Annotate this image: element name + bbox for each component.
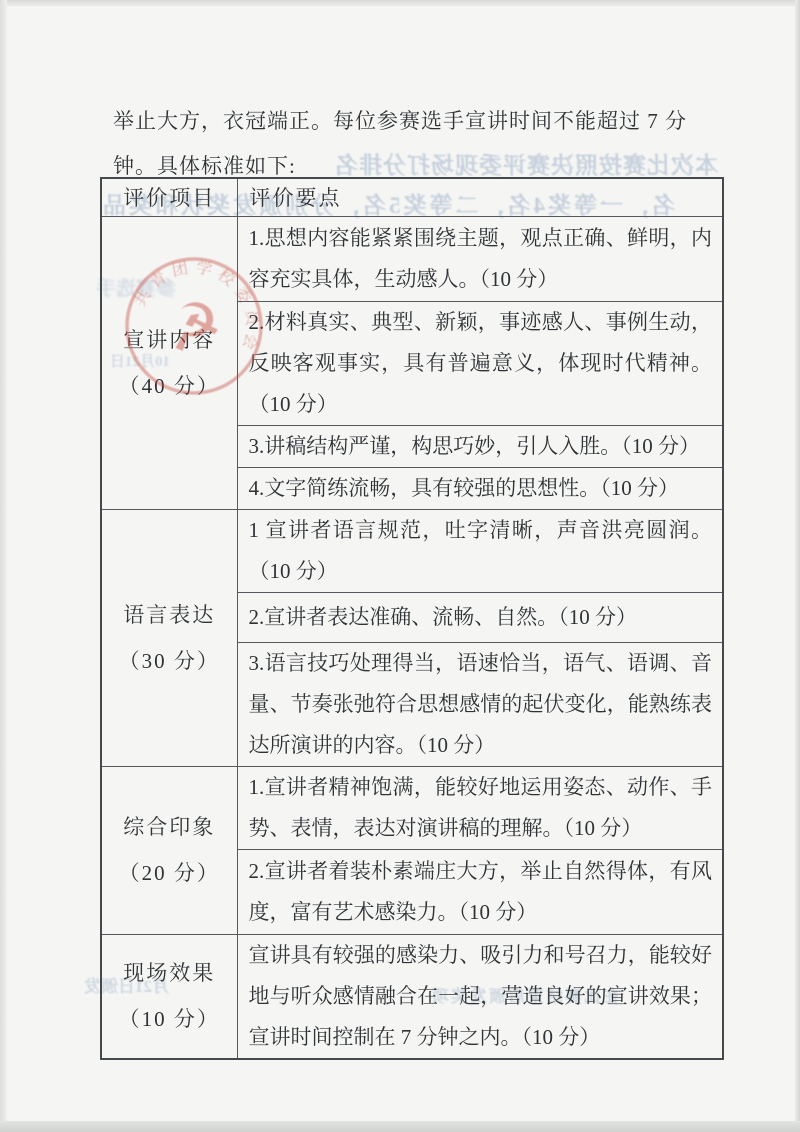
scan-edge-right [795,0,800,1132]
column-header-item: 评价项目 [101,178,237,216]
intro-line-1: 举止大方，衣冠端正。每位参赛选手宣讲时间不能超过 7 分 [113,99,713,144]
scan-edge-bottom [0,1121,800,1132]
item-score: （40 分） [102,363,237,409]
evaluation-criteria-table: 评价项目 评价要点 宣讲内容 （40 分） 1.思想内容能紧紧围绕主题，观点正确… [100,177,724,1060]
item-score: （10 分） [102,996,237,1042]
item-cell-impression: 综合印象 （20 分） [101,766,237,934]
point-cell: 2.宣讲者表达准确、流畅、自然。（10 分） [237,592,723,642]
table-row: 综合印象 （20 分） 1.宣讲者精神饱满，能较好地运用姿态、动作、手势、表情，… [101,766,723,849]
item-label: 综合印象 [102,804,237,850]
point-cell: 2.材料真实、典型、新颖，事迹感人、事例生动，反映客观事实，具有普遍意义，体现时… [237,301,723,425]
point-cell: 4.文字简练流畅，具有较强的思想性。（10 分） [237,467,723,509]
point-cell: 1.思想内容能紧紧围绕主题，观点正确、鲜明，内容充实具体，生动感人。（10 分） [237,216,723,301]
table-header-row: 评价项目 评价要点 [101,178,723,216]
item-label: 宣讲内容 [102,317,237,363]
scan-edge-left [0,0,7,1132]
item-score: （30 分） [102,638,237,684]
scanned-document-page: 本次比赛按照决赛评委现场打分排名 名，一等奖4名，二等奖5名，分别颁发奖状和奖品… [0,0,800,1132]
item-score: （20 分） [102,850,237,896]
point-cell: 1.宣讲者精神饱满，能较好地运用姿态、动作、手势、表情，表达对演讲稿的理解。（1… [237,766,723,849]
point-cell: 3.讲稿结构严谨，构思巧妙，引人入胜。（10 分） [237,425,723,467]
item-label: 现场效果 [102,950,237,996]
scan-edge-top [0,0,800,6]
table-row: 宣讲内容 （40 分） 1.思想内容能紧紧围绕主题，观点正确、鲜明，内容充实具体… [101,216,723,301]
item-cell-language: 语言表达 （30 分） [101,509,237,766]
item-cell-content: 宣讲内容 （40 分） [101,216,237,509]
intro-paragraph: 举止大方，衣冠端正。每位参赛选手宣讲时间不能超过 7 分 钟。具体标准如下: [113,99,713,189]
point-cell: 宣讲具有较强的感染力、吸引力和号召力，能较好地与听众感情融合在一起，营造良好的宣… [237,934,723,1059]
item-label: 语言表达 [102,592,237,638]
point-cell: 1 宣讲者语言规范，吐字清晰，声音洪亮圆润。（10 分） [237,509,723,592]
item-cell-effect: 现场效果 （10 分） [101,934,237,1059]
point-cell: 2.宣讲者着装朴素端庄大方，举止自然得体，有风度，富有艺术感染力。（10 分） [237,849,723,934]
table-row: 语言表达 （30 分） 1 宣讲者语言规范，吐字清晰，声音洪亮圆润。（10 分） [101,509,723,592]
point-cell: 3.语言技巧处理得当，语速恰当，语气、语调、音量、节奏张弛符合思想感情的起伏变化… [237,642,723,766]
column-header-points: 评价要点 [237,178,723,216]
table-row: 现场效果 （10 分） 宣讲具有较强的感染力、吸引力和号召力，能较好地与听众感情… [101,934,723,1059]
